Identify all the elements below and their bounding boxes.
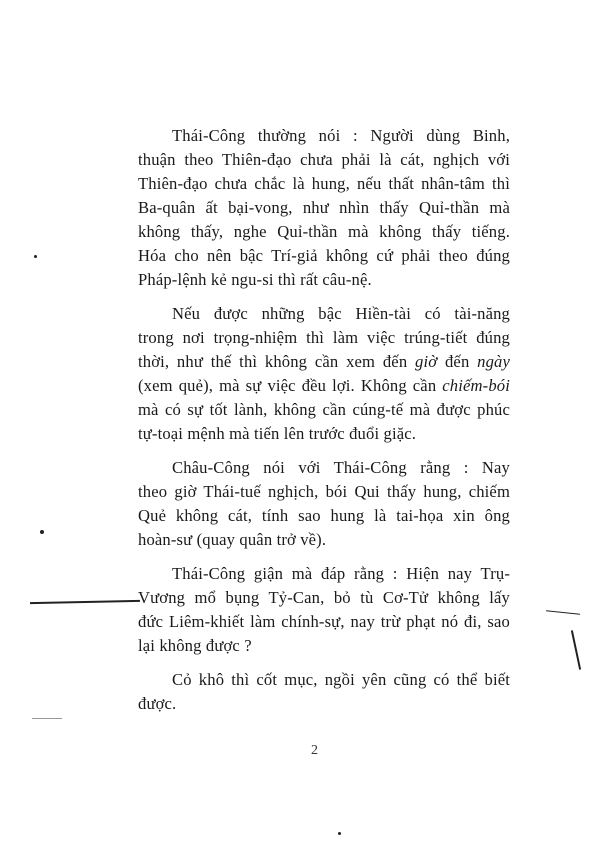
body-text: Thái-Công thường nói : Người dùng Binh, …: [138, 124, 510, 726]
text-line: không thấy, nghe Quỉ-thần mà không thấy …: [138, 220, 510, 244]
text-line: Thái-Công giận mà đáp rằng : Hiện nay Tr…: [138, 562, 510, 586]
text-line: tự-toại mệnh mà tiến lên trước đuổi giặc…: [138, 422, 510, 446]
scan-artifact-dot: [34, 255, 37, 258]
page-number: 2: [311, 743, 318, 759]
text-run: đến: [437, 352, 477, 371]
text-line: đức Liêm-khiết làm chính-sự, nay trừ phạ…: [138, 610, 510, 634]
text-line: hoàn-sư (quay quân trở về).: [138, 528, 510, 552]
text-line: được.: [138, 692, 510, 716]
text-line: Quẻ không cát, tính sao hung là tai-họa …: [138, 504, 510, 528]
scan-artifact-left-line: [30, 600, 140, 604]
text-line: lại không được ?: [138, 634, 510, 658]
text-line: Pháp-lệnh kẻ ngu-si thì rất câu-nệ.: [138, 268, 510, 292]
scan-artifact-right-stroke: [571, 630, 581, 670]
scan-artifact-right-dash: [546, 610, 580, 615]
text-line: trong nơi trọng-nhiệm thì làm việc trúng…: [138, 326, 510, 350]
text-line: mà có sự tốt lành, không cần cúng-tế mà …: [138, 398, 510, 422]
scanned-book-page: Thái-Công thường nói : Người dùng Binh, …: [0, 0, 600, 867]
scan-artifact-faint-dashes: [32, 718, 62, 719]
paragraph-5: Cỏ khô thì cốt mục, ngồi yên cũng có thể…: [138, 668, 510, 716]
text-run: (xem quẻ), mà sự việc đều lợi. Không cần: [138, 376, 442, 395]
text-line: Vương mổ bụng Tỷ-Can, bỏ tù Cơ-Tử không …: [138, 586, 510, 610]
text-line: Hóa cho nên bậc Trí-giả không cứ phải th…: [138, 244, 510, 268]
italic-word: ngày: [477, 352, 510, 371]
italic-word: chiếm-bói: [442, 376, 510, 395]
scan-artifact-dot: [338, 832, 341, 835]
text-line: (xem quẻ), mà sự việc đều lợi. Không cần…: [138, 374, 510, 398]
text-line: Nếu được những bậc Hiền-tài có tài-năng: [138, 302, 510, 326]
text-line: Ba-quân ất bại-vong, như nhìn thấy Quỉ-t…: [138, 196, 510, 220]
italic-word: giờ: [415, 352, 437, 371]
paragraph-3: Châu-Công nói với Thái-Công rằng : Nay t…: [138, 456, 510, 552]
text-line: Cỏ khô thì cốt mục, ngồi yên cũng có thể…: [138, 668, 510, 692]
text-line: Thiên-đạo chưa chắc là hung, nếu thất nh…: [138, 172, 510, 196]
scan-artifact-dot: [40, 530, 44, 534]
text-line: Châu-Công nói với Thái-Công rằng : Nay: [138, 456, 510, 480]
paragraph-4: Thái-Công giận mà đáp rằng : Hiện nay Tr…: [138, 562, 510, 658]
text-line: Thái-Công thường nói : Người dùng Binh,: [138, 124, 510, 148]
paragraph-1: Thái-Công thường nói : Người dùng Binh, …: [138, 124, 510, 292]
text-run: thời, như thế thì không cần xem đến: [138, 352, 415, 371]
text-line: thời, như thế thì không cần xem đến giờ …: [138, 350, 510, 374]
text-line: theo giờ Thái-tuế nghịch, bói Qui thấy h…: [138, 480, 510, 504]
paragraph-2: Nếu được những bậc Hiền-tài có tài-năng …: [138, 302, 510, 446]
text-line: thuận theo Thiên-đạo chưa phải là cát, n…: [138, 148, 510, 172]
